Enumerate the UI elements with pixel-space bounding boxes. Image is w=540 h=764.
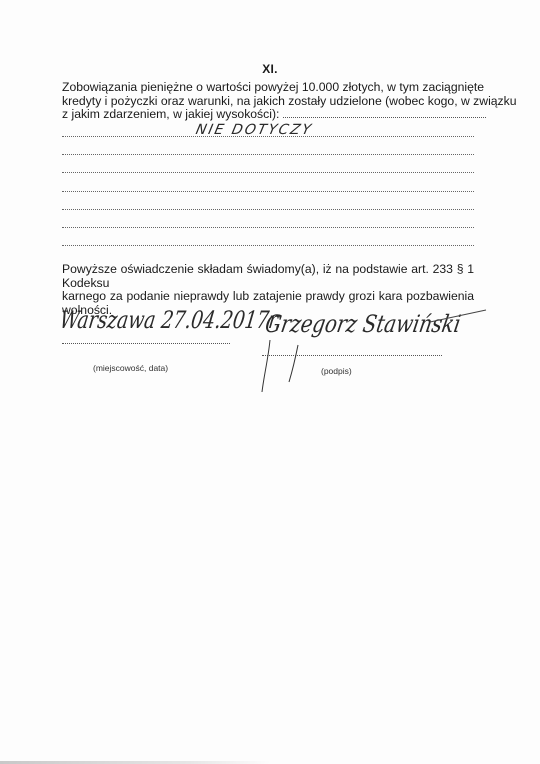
handwritten-place-date: Warszawa 27.04.2017r.	[58, 306, 283, 334]
question-line: Zobowiązania pieniężne o wartości powyże…	[62, 81, 474, 95]
answer-dotted-line	[62, 245, 474, 246]
signature-caption: (podpis)	[321, 366, 352, 376]
document-page: XI. Zobowiązania pieniężne o wartości po…	[0, 0, 540, 764]
question-line: z jakim zdarzeniem, w jakiej wysokości):	[62, 108, 474, 122]
answer-dotted-line	[62, 154, 474, 155]
declaration-line: karnego za podanie nieprawdy lub zatajen…	[62, 290, 474, 304]
answer-dotted-line	[62, 227, 474, 228]
question-text: Zobowiązania pieniężne o wartości powyże…	[62, 81, 474, 122]
question-line-text: z jakim zdarzeniem, w jakiej wysokości):	[62, 107, 279, 121]
handwritten-signature: Grzegorz Stawiński	[263, 310, 463, 338]
answer-dotted-line	[62, 209, 474, 210]
answer-dotted-line	[62, 172, 474, 173]
handwritten-answer: NIE DOTYCZY	[194, 122, 314, 138]
place-date-caption: (miejscowość, data)	[93, 363, 168, 373]
question-line: kredyty i pożyczki oraz warunki, na jaki…	[62, 95, 474, 109]
answer-dotted-line	[62, 191, 474, 192]
place-date-line	[62, 343, 230, 344]
answer-dotted-fill	[283, 116, 486, 118]
declaration-line: Powyższe oświadczenie składam świadomy(a…	[62, 263, 474, 290]
section-number: XI.	[0, 62, 540, 76]
signature-line	[262, 355, 442, 356]
